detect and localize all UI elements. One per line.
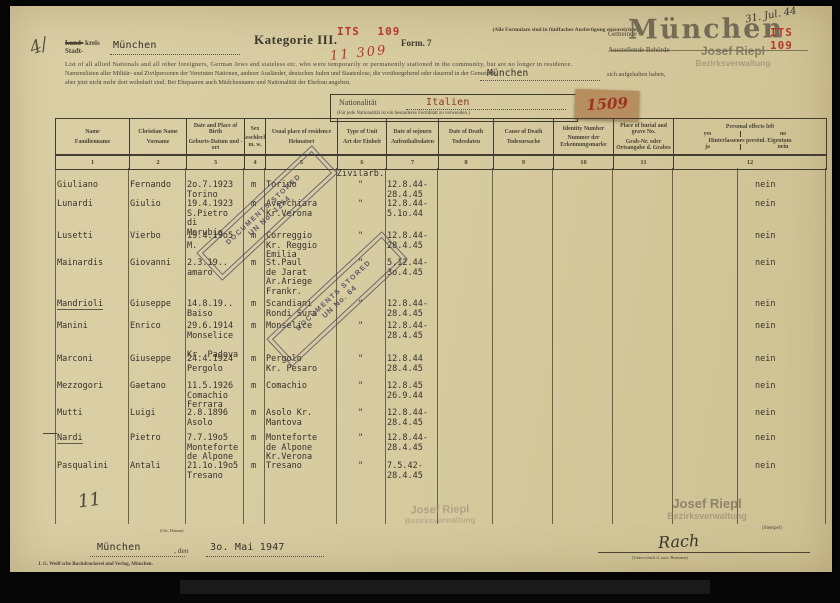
- row-1-name-cell: Giuliano: [55, 181, 128, 200]
- faint-official-stamp: Josef Riepl Bezirksverwaltung: [370, 503, 510, 526]
- row-11-death-date-cell: [437, 462, 492, 481]
- row-4-identity-cell: [552, 259, 612, 297]
- pencil-margin-dash: [43, 433, 57, 434]
- row-11-unit-cell: ": [336, 462, 385, 481]
- unit-type-heading: Zivilarb.: [336, 169, 385, 179]
- header-cell-4: SexGeschlecht m. w.: [244, 119, 265, 155]
- header-en: Usual place of residence: [272, 129, 331, 135]
- table-row: NardiPietro7.7.19o5 Monteforte de Alpone…: [55, 434, 825, 463]
- header-en: Cause of Death: [505, 129, 543, 135]
- document-paper: 4/ Land- kreis Stadt- München Kategorie …: [10, 6, 832, 572]
- header-yes-no: yesno: [675, 131, 825, 137]
- header-cell-7: Date of sojournAufenthaltsdaten: [386, 119, 438, 155]
- header-cell-2: Christian NameVorname: [129, 119, 186, 155]
- row-5-birth-cell: 14.8.19.. Baiso: [185, 300, 243, 319]
- header-cell-3: Date and Place of BirthGeburts-Datum und…: [186, 119, 244, 155]
- row-8-burial-cell: [612, 382, 672, 411]
- table-row: MainardisGiovanni2.3.19.. amaromSt.Paul …: [55, 259, 825, 297]
- row-10-death-date-cell: [437, 434, 492, 463]
- header-en: Date of Death: [449, 129, 483, 135]
- row-8-firstname-cell: Gaetano: [128, 382, 185, 411]
- header-de: Familienname: [75, 139, 110, 145]
- header-en: Christian Name: [138, 129, 177, 135]
- row-11-residence-cell: Tresano: [264, 462, 336, 481]
- row-8-dates-cell: 12.8.45 26.9.44: [385, 382, 437, 411]
- row-7-burial-cell: [612, 355, 672, 374]
- row-7-death-cause-cell: [492, 355, 552, 374]
- header-cell-8: Date of DeathTodesdaten: [438, 119, 493, 155]
- table-row: PasqualiniAntali21.1o.19o5 TresanomTresa…: [55, 462, 825, 481]
- official-stamp: Josef Riepl Bezirksverwaltung: [622, 496, 792, 521]
- row-9-burial-cell: [612, 409, 672, 428]
- row-10-unit-cell: ": [336, 434, 385, 463]
- registry-table: NameFamiliennameChristian NameVornameDat…: [10, 6, 832, 572]
- number-cell: 8: [438, 155, 493, 169]
- number-cell: 4: [244, 155, 265, 169]
- table-column-line: [825, 168, 826, 524]
- header-en: Name: [85, 129, 100, 135]
- row-5-death-cause-cell: [492, 300, 552, 319]
- row-10-birth-cell: 7.7.19o5 Monteforte de Alpone: [185, 434, 243, 463]
- row-9-unit-cell: ": [336, 409, 385, 428]
- header-en: Identity Number: [563, 126, 605, 132]
- date-underline: [206, 555, 324, 557]
- row-5-death-date-cell: [437, 300, 492, 319]
- row-9-death-date-cell: [437, 409, 492, 428]
- underlined-name: Nardi: [57, 433, 83, 444]
- row-4-death-date-cell: [437, 259, 492, 297]
- row-3-firstname-cell: Vierbo: [128, 232, 185, 261]
- row-3-death-cause-cell: [492, 232, 552, 261]
- column-number: 6: [360, 159, 363, 166]
- column-number: 8: [464, 159, 467, 166]
- column-number: 10: [580, 159, 587, 166]
- row-7-residence-cell: Pergolo Kr. Pesaro: [264, 355, 336, 374]
- row-11-firstname-cell: Antali: [128, 462, 185, 481]
- column-number: 3: [214, 159, 217, 166]
- row-7-sex-cell: m: [243, 355, 264, 374]
- header-cell-10: Identity NumberNummer der Erkennungsmark…: [553, 119, 613, 155]
- number-cell: 9: [493, 155, 553, 169]
- no-label: no: [740, 131, 825, 137]
- row-10-identity-cell: [552, 434, 612, 463]
- row-4-burial-cell: [612, 259, 672, 297]
- number-cell: 6: [337, 155, 386, 169]
- row-11-identity-cell: [552, 462, 612, 481]
- row-10-sex-cell: m: [243, 434, 264, 463]
- row-9-name-cell: Mutti: [55, 409, 128, 428]
- official-stamp-name: Josef Riepl: [622, 496, 792, 511]
- handwritten-sheet-number: 11: [77, 489, 103, 513]
- row-9-death-cause-cell: [492, 409, 552, 428]
- number-cell: 10: [553, 155, 613, 169]
- row-11-birth-cell: 21.1o.19o5 Tresano: [185, 462, 243, 481]
- header-cell-9: Cause of DeathTodesursache: [493, 119, 553, 155]
- row-5-name-cell: Mandrioli: [55, 300, 128, 319]
- row-3-death-date-cell: [437, 232, 492, 261]
- number-cell: 12: [673, 155, 826, 169]
- header-de: Todesursache: [507, 139, 541, 145]
- scanned-document-page: { "scan": { "corner_mark": "4/", "sheet_…: [0, 0, 840, 603]
- signature-line: [598, 552, 810, 553]
- row-4-sex-cell: m: [243, 259, 264, 297]
- row-7-firstname-cell: Giuseppe: [128, 355, 185, 374]
- official-stamp-dept: Bezirksverwaltung: [622, 511, 792, 521]
- row-4-name-cell: Mainardis: [55, 259, 128, 297]
- header-cell-6: Type of UnitArt der Einheit: [337, 119, 386, 155]
- row-8-birth-cell: 11.5.1926 Comachio Ferrara: [185, 382, 243, 411]
- signature-place: München: [97, 542, 141, 553]
- row-10-effects-cell: nein: [672, 434, 825, 463]
- header-cell-11: Place of burial and grave No.Grab-Nr. od…: [613, 119, 673, 155]
- number-cell: 3: [186, 155, 244, 169]
- header-de: Art der Einheit: [343, 139, 381, 145]
- row-9-sex-cell: m: [243, 409, 264, 428]
- printer-imprint: J. G. Weiß'sche Buchdruckerei und Verlag…: [38, 562, 153, 567]
- table-row: LusettiVierbo19.4.19o5 M.mCorreggio Kr. …: [55, 232, 825, 261]
- row-10-burial-cell: [612, 434, 672, 463]
- row-7-name-cell: Marconi: [55, 355, 128, 374]
- row-9-birth-cell: 2.8.1896 Asolo: [185, 409, 243, 428]
- number-cell: 7: [386, 155, 438, 169]
- row-11-dates-cell: 7.5.42- 28.4.45: [385, 462, 437, 481]
- header-de: Todesdaten: [452, 139, 480, 145]
- row-4-firstname-cell: Giovanni: [128, 259, 185, 297]
- yes-label: yes: [675, 131, 740, 137]
- row-11-death-cause-cell: [492, 462, 552, 481]
- row-3-residence-cell: Correggio Kr. Reggio Emilia: [264, 232, 336, 261]
- row-10-dates-cell: 12.8.44- 28.4.45: [385, 434, 437, 463]
- row-10-residence-cell: Monteforte de Alpone Kr.Verona: [264, 434, 336, 463]
- row-8-death-cause-cell: [492, 382, 552, 411]
- row-8-identity-cell: [552, 382, 612, 411]
- row-5-firstname-cell: Giuseppe: [128, 300, 185, 319]
- den-label: , den: [174, 546, 189, 555]
- row-9-identity-cell: [552, 409, 612, 428]
- header-cell-1: NameFamilienname: [56, 119, 129, 155]
- column-number: 12: [747, 159, 754, 166]
- row-1-dates-cell: 12.8.44- 28.4.45: [385, 181, 437, 200]
- row-3-effects-cell: nein: [672, 232, 825, 261]
- row-1-burial-cell: [612, 181, 672, 200]
- signature-date: 3o. Mai 1947: [210, 542, 285, 553]
- row-11-name-cell: Pasqualini: [55, 462, 128, 481]
- seal-label: (Stempel): [762, 526, 782, 531]
- row-9-effects-cell: nein: [672, 409, 825, 428]
- table-row: GiulianoFernando2o.7.1923 TorinomTorino"…: [55, 181, 825, 200]
- number-cell: 2: [129, 155, 186, 169]
- column-number: 2: [156, 159, 159, 166]
- table-row: MarconiGiuseppe24.4.1924 PergolomPergolo…: [55, 355, 825, 374]
- row-8-sex-cell: m: [243, 382, 264, 411]
- row-1-death-cause-cell: [492, 181, 552, 200]
- table-header-numbers: 123456789101112: [55, 154, 827, 170]
- row-1-identity-cell: [552, 181, 612, 200]
- row-7-identity-cell: [552, 355, 612, 374]
- row-5-burial-cell: [612, 300, 672, 319]
- handwritten-signature: Rach: [658, 531, 700, 552]
- table-row: MuttiLuigi2.8.1896 AsolomAsolo Kr. Manto…: [55, 409, 825, 428]
- underlined-name: Mandrioli: [57, 299, 103, 310]
- table-row: MandrioliGiuseppe14.8.19.. BaisomScandia…: [55, 300, 825, 319]
- row-8-effects-cell: nein: [672, 382, 825, 411]
- row-10-firstname-cell: Pietro: [128, 434, 185, 463]
- header-en: Date and Place of Birth: [188, 123, 243, 136]
- row-7-birth-cell: 24.4.1924 Pergolo: [185, 355, 243, 374]
- column-number: 11: [640, 159, 646, 166]
- header-de: Heimatort: [289, 139, 315, 145]
- row-5-effects-cell: nein: [672, 300, 825, 319]
- table-header-labels: NameFamiliennameChristian NameVornameDat…: [55, 118, 827, 156]
- column-number: 1: [91, 159, 94, 166]
- header-de: Geschlecht m. w.: [244, 135, 265, 148]
- row-5-identity-cell: [552, 300, 612, 319]
- header-en: Type of Unit: [347, 129, 378, 135]
- header-de: Grab-Nr. oder Ortsangabe d. Grabes: [615, 139, 672, 152]
- row-7-dates-cell: 12.8.44 28.4.45: [385, 355, 437, 374]
- row-1-firstname-cell: Fernando: [128, 181, 185, 200]
- number-cell: 1: [56, 155, 129, 169]
- row-7-effects-cell: nein: [672, 355, 825, 374]
- row-3-identity-cell: [552, 232, 612, 261]
- row-8-death-date-cell: [437, 382, 492, 411]
- table-row: MezzogoriGaetano11.5.1926 Comachio Ferra…: [55, 382, 825, 411]
- scan-edge-strip: [180, 580, 710, 594]
- header-de: Aufenthaltsdaten: [391, 139, 434, 145]
- header-en: Place of burial and grave No.: [615, 123, 672, 136]
- column-number: 9: [522, 159, 525, 166]
- number-cell: 11: [613, 155, 673, 169]
- row-1-death-date-cell: [437, 181, 492, 200]
- column-number: 4: [253, 159, 256, 166]
- nein-label: nein: [740, 144, 825, 150]
- row-4-death-cause-cell: [492, 259, 552, 297]
- row-11-effects-cell: nein: [672, 462, 825, 481]
- row-1-birth-cell: 2o.7.1923 Torino: [185, 181, 243, 200]
- row-8-unit-cell: ": [336, 382, 385, 411]
- row-1-unit-cell: ": [336, 181, 385, 200]
- row-9-residence-cell: Asolo Kr. Mantova: [264, 409, 336, 428]
- header-ja-nein: janein: [675, 144, 825, 150]
- row-1-effects-cell: nein: [672, 181, 825, 200]
- header-de: Nummer der Erkennungsmarke: [555, 135, 612, 148]
- header-en: Date of sojourn: [393, 129, 431, 135]
- place-date-label: (Ort, Datum): [160, 528, 184, 533]
- row-9-dates-cell: 12.8.44- 28.4.45: [385, 409, 437, 428]
- row-8-residence-cell: Comachio: [264, 382, 336, 411]
- header-en: Sex: [251, 126, 260, 132]
- place-underline: [90, 555, 185, 557]
- row-4-effects-cell: nein: [672, 259, 825, 297]
- row-3-burial-cell: [612, 232, 672, 261]
- row-11-burial-cell: [612, 462, 672, 481]
- header-cell-5: Usual place of residenceHeimatort: [265, 119, 337, 155]
- row-8-name-cell: Mezzogori: [55, 382, 128, 411]
- header-de: Geburts-Datum und -ort: [188, 139, 243, 152]
- row-11-sex-cell: m: [243, 462, 264, 481]
- signature-caption: (Unterschrift d. zust. Beamten): [632, 555, 688, 560]
- row-7-death-date-cell: [437, 355, 492, 374]
- row-10-name-cell: Nardi: [55, 434, 128, 463]
- row-10-death-cause-cell: [492, 434, 552, 463]
- row-5-dates-cell: 12.8.44- 28.4.45: [385, 300, 437, 319]
- header-cell-12: Personal effects leftyesnoHinterlassenes…: [673, 119, 826, 155]
- row-5-sex-cell: m: [243, 300, 264, 319]
- row-7-unit-cell: ": [336, 355, 385, 374]
- ja-label: ja: [675, 144, 740, 150]
- row-3-name-cell: Lusetti: [55, 232, 128, 261]
- header-de: Vorname: [147, 139, 170, 145]
- row-9-firstname-cell: Luigi: [128, 409, 185, 428]
- column-number: 7: [411, 159, 414, 166]
